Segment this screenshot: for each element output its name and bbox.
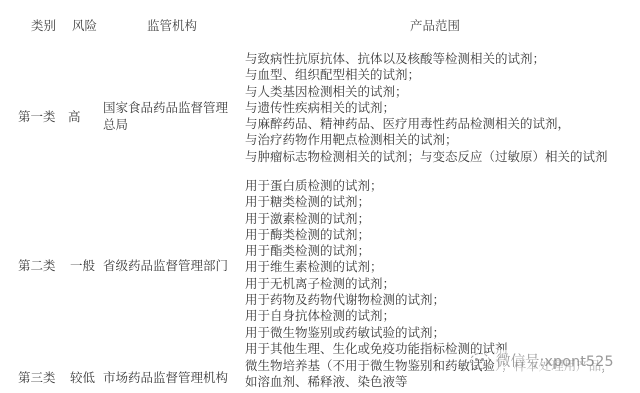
row-risk: 一般 xyxy=(70,256,95,274)
watermark-text: 微信号:xpont525 xyxy=(494,350,616,371)
row-category: 第二类 xyxy=(18,256,56,274)
scope-item: 与遗传性疾病相关的试剂； xyxy=(245,100,608,116)
header-regulator: 监管机构 xyxy=(147,16,197,34)
scope-item: 与致病性抗原抗体、抗体以及核酸等检测相关的试剂； xyxy=(245,51,608,67)
scope-item: 与治疗药物作用靶点检测相关的试剂； xyxy=(245,132,608,148)
row-regulator-line: 国家食品药品监督管理 xyxy=(103,98,228,116)
scope-item: 用于自身抗体检测的试剂； xyxy=(245,308,508,324)
wechat-icon xyxy=(470,353,490,369)
header-category: 类别 xyxy=(31,16,56,34)
scope-item: 与肿瘤标志物检测相关的试剂；与变态反应（过敏原）相关的试剂 xyxy=(245,149,608,165)
scope-list: 与致病性抗原抗体、抗体以及核酸等检测相关的试剂； 与血型、组织配型相关的试剂； … xyxy=(245,51,608,165)
scope-item: 用于其他生理、生化或免疫功能指标检测的试剂 xyxy=(245,341,508,357)
scope-item: 用于糖类检测的试剂； xyxy=(245,194,508,210)
scope-item: 用于酶类检测的试剂； xyxy=(245,227,508,243)
scope-item: 与人类基因检测相关的试剂； xyxy=(245,84,608,100)
header-risk: 风险 xyxy=(72,16,97,34)
scope-item: 用于蛋白质检测的试剂； xyxy=(245,178,508,194)
scope-item: 用于药物及药物代谢物检测的试剂； xyxy=(245,292,508,308)
row-risk: 高 xyxy=(68,107,81,125)
row-category: 第一类 xyxy=(18,107,56,125)
row-regulator-line: 市场药品监督管理机构 xyxy=(103,368,228,386)
scope-item: 用于维生素检测的试剂； xyxy=(245,259,508,275)
scope-item: 与麻醉药品、精神药品、医疗用毒性药品检测相关的试剂， xyxy=(245,116,608,132)
scope-list: 用于蛋白质检测的试剂； 用于糖类检测的试剂； 用于激素检测的试剂； 用于酶类检测… xyxy=(245,178,508,357)
scope-item: 用于酯类检测的试剂； xyxy=(245,243,508,259)
row-regulator-line: 省级药品监督管理部门 xyxy=(103,256,228,274)
scope-item: 用于微生物鉴别或药敏试验的试剂； xyxy=(245,325,508,341)
scope-item: 用于激素检测的试剂； xyxy=(245,211,508,227)
scope-item: 与血型、组织配型相关的试剂； xyxy=(245,67,608,83)
watermark: 微信号:xpont525 xyxy=(470,350,616,371)
scope-item: 如溶血剂、稀释液、染色液等 xyxy=(245,374,614,390)
row-regulator-line: 总局 xyxy=(103,115,128,133)
row-category: 第三类 xyxy=(18,368,56,386)
header-scope: 产品范围 xyxy=(410,16,460,34)
row-risk: 较低 xyxy=(70,368,95,386)
scope-item: 用于无机离子检测的试剂； xyxy=(245,276,508,292)
